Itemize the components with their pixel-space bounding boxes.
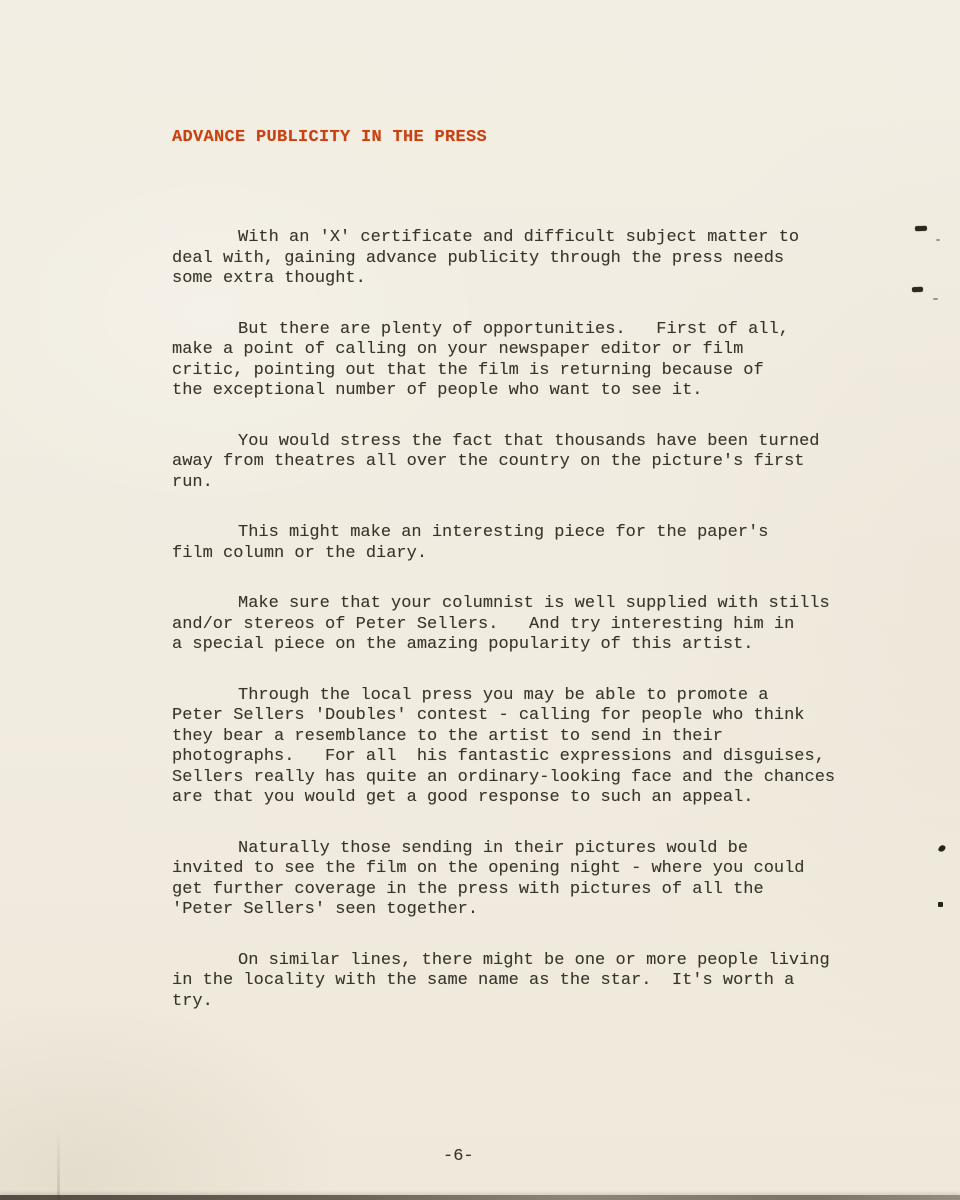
ink-speck (938, 902, 943, 907)
paragraph: On similar lines, there might be one or … (172, 951, 892, 1013)
ink-speck (915, 226, 927, 231)
ink-speck (912, 287, 923, 293)
ink-speck (933, 298, 938, 300)
paragraph: Through the local press you may be able … (172, 686, 892, 809)
document-body: With an 'X' certificate and difficult su… (172, 228, 892, 1042)
paragraph: Make sure that your columnist is well su… (172, 594, 892, 656)
scan-edge-shadow (0, 1195, 960, 1200)
page-number: -6- (443, 1147, 474, 1168)
paragraph: This might make an interesting piece for… (172, 523, 892, 564)
paragraph: You would stress the fact that thousands… (172, 432, 892, 494)
page-title: ADVANCE PUBLICITY IN THE PRESS (172, 128, 487, 149)
paragraph: Naturally those sending in their picture… (172, 839, 892, 921)
ink-speck (938, 844, 947, 853)
paragraph: But there are plenty of opportunities. F… (172, 320, 892, 402)
paragraph: With an 'X' certificate and difficult su… (172, 228, 892, 290)
scanned-document-page: ADVANCE PUBLICITY IN THE PRESS With an '… (0, 0, 960, 1200)
paper-crease (57, 1128, 60, 1200)
ink-speck (936, 239, 940, 241)
